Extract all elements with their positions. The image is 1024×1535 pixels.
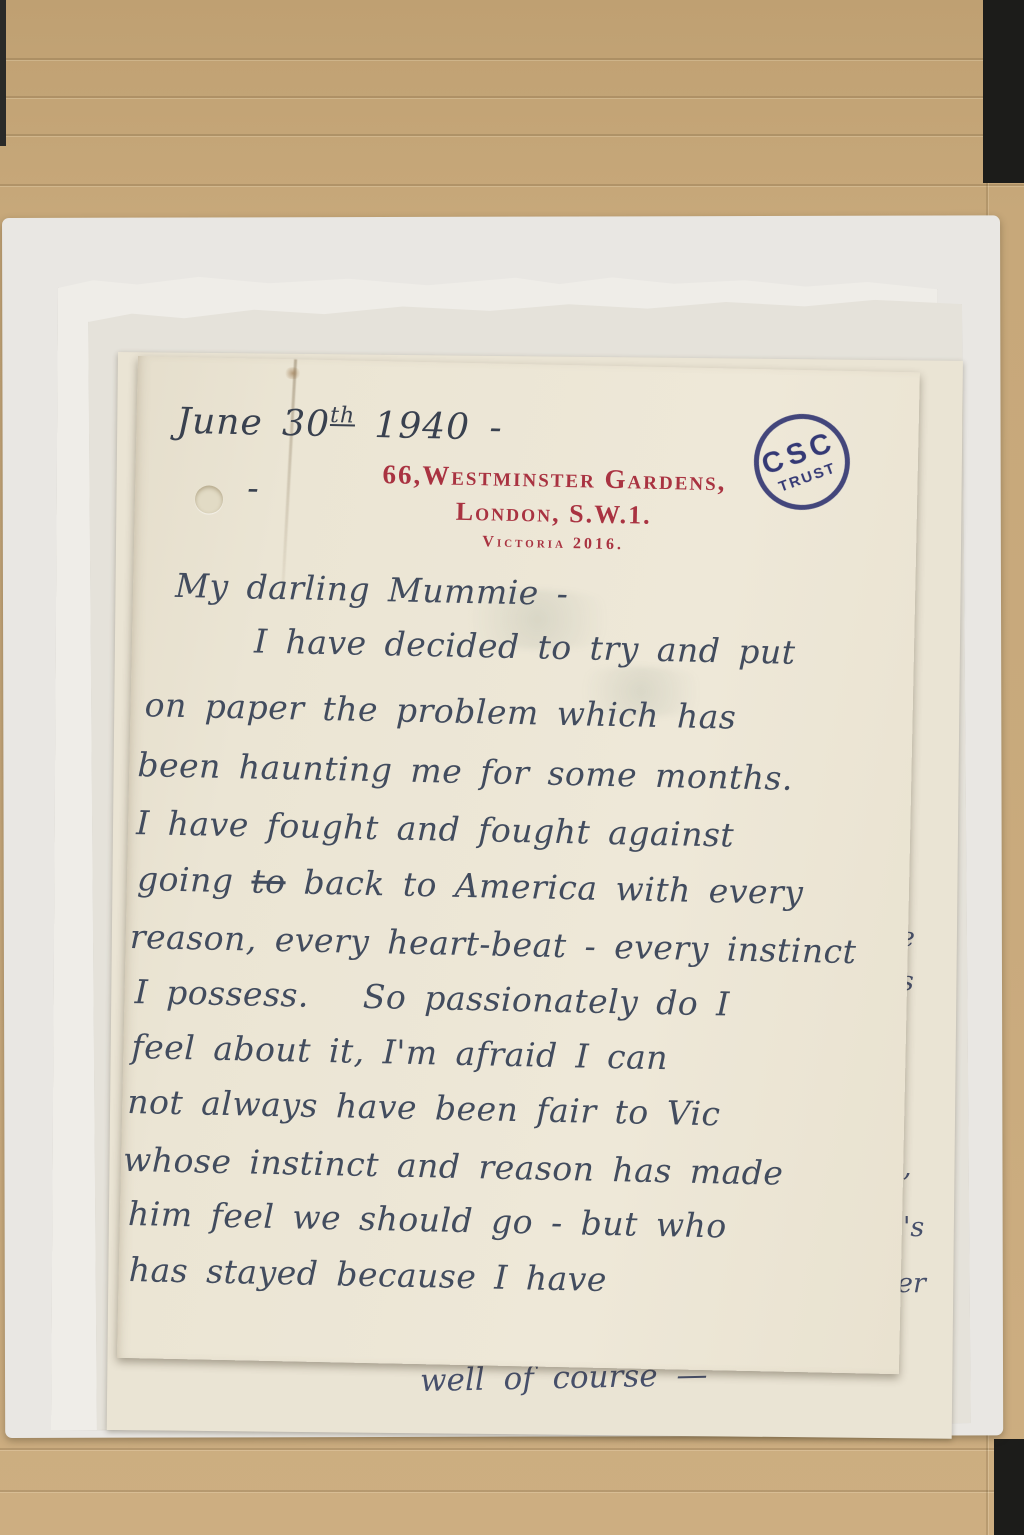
letter-line: been haunting me for some months. <box>137 747 793 797</box>
letter-line: him feel we should go - but who <box>128 1196 727 1245</box>
letter-line: has stayed because I have <box>128 1252 607 1298</box>
dark-backdrop-bottom-right <box>994 1439 1024 1535</box>
edge-text-fragment: er <box>897 1268 926 1299</box>
punch-hole <box>195 485 224 514</box>
letter-line: I possess. So passionately do I <box>134 974 730 1023</box>
letter-line: not always have been fair to Vic <box>127 1084 721 1133</box>
letterhead-city-line: London, S.W.1. <box>255 492 853 535</box>
letter-line: I have decided to try and put <box>254 623 796 671</box>
letter-sheet: June 30th 1940 - - 66,Westminster Garden… <box>117 356 920 1374</box>
archive-folder-photo: well of course — e s , 's er June 30th 1… <box>0 0 1024 1535</box>
dark-backdrop-left-edge <box>0 0 6 146</box>
letter-line: I have fought and fought against <box>136 805 735 854</box>
cardboard-crease <box>0 1490 1024 1492</box>
line-text: back to America with every <box>285 862 804 912</box>
cardboard-crease <box>0 96 1024 98</box>
edge-text-fragment: , <box>903 1152 912 1183</box>
letter-salutation: My darling Mummie - <box>175 568 569 613</box>
date-ordinal-suffix: th <box>330 403 356 429</box>
cardboard-crease <box>0 1448 1024 1450</box>
line-text: going <box>137 859 252 900</box>
paper-smudge <box>284 367 302 379</box>
letter-date: June 30th 1940 - <box>176 401 503 448</box>
letter-line: whose instinct and reason has made <box>123 1142 784 1192</box>
dark-backdrop-top-right <box>983 0 1024 183</box>
cardboard-crease <box>0 184 1024 186</box>
letter-line: reason, every heart-beat - every instinc… <box>129 919 856 971</box>
date-text: June 30 <box>176 401 330 445</box>
cardboard-crease <box>0 134 1024 136</box>
edge-text-fragment: 's <box>903 1212 924 1243</box>
cardboard-crease <box>0 58 1024 60</box>
letter-line: feel about it, I'm afraid I can <box>131 1029 668 1077</box>
struck-word: to <box>251 861 286 901</box>
letter-line-with-correction: going to back to America with every <box>137 861 804 911</box>
date-year: 1940 - <box>355 405 503 449</box>
